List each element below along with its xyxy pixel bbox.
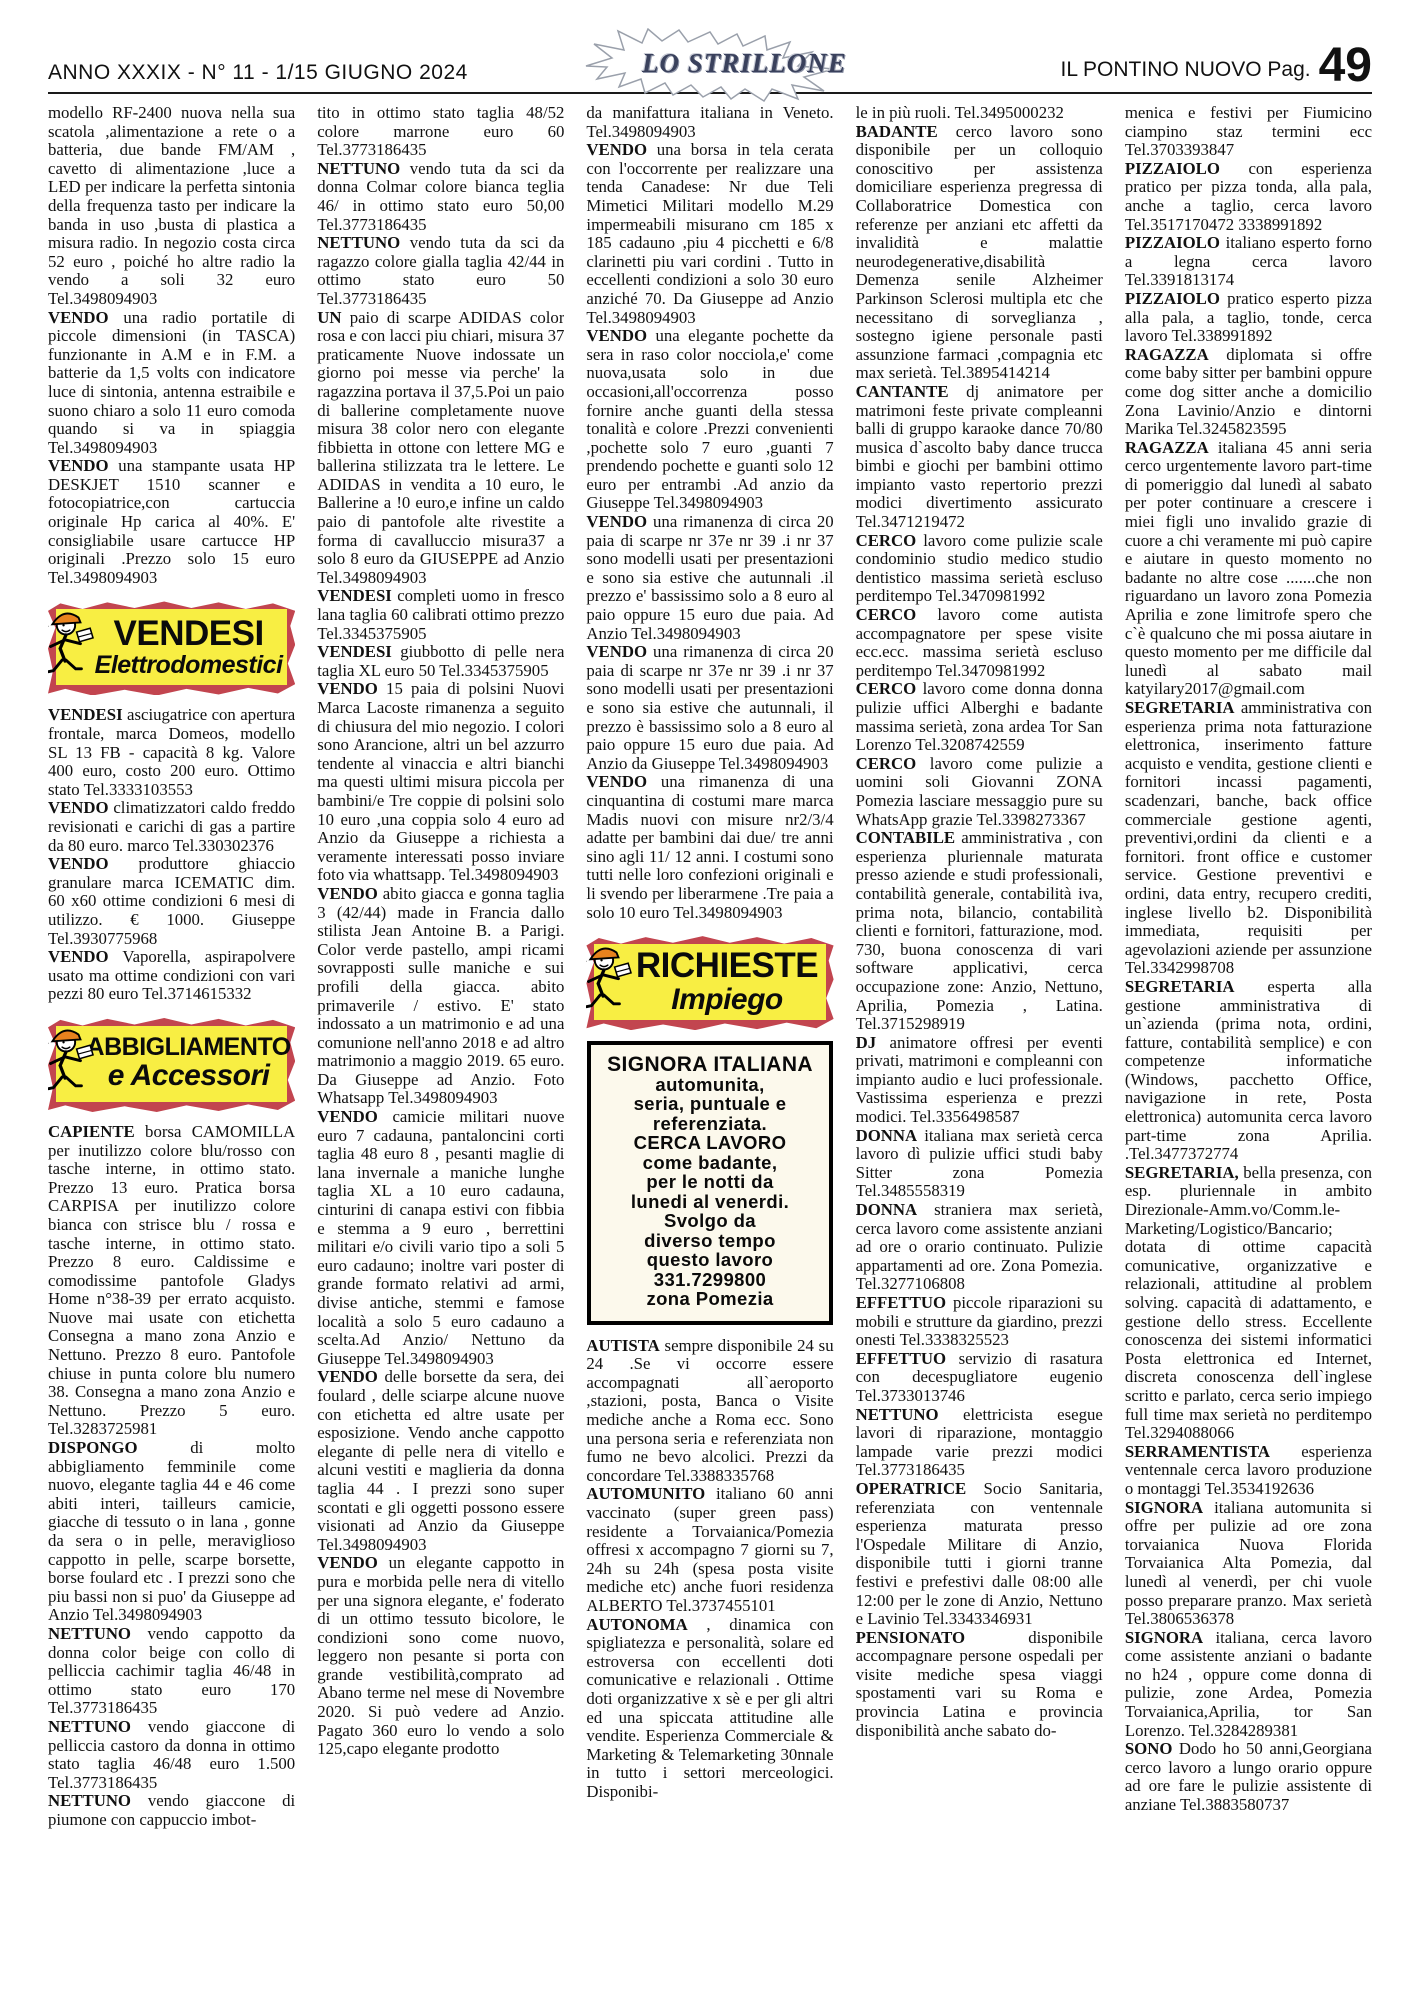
classified-ad: PIZZAIOLO con esperienza pratico per piz…	[1125, 160, 1372, 234]
ad-lead: CONTABILE	[856, 828, 955, 847]
classified-ad: OPERATRICE Socio Sanitaria, referenziata…	[856, 1480, 1103, 1629]
classified-ad: VENDO produttore ghiaccio granulare marc…	[48, 855, 295, 948]
ad-lead: DONNA	[856, 1200, 918, 1219]
ad-lead: NETTUNO	[48, 1717, 131, 1736]
ad-lead: VENDESI	[48, 705, 123, 724]
featured-ad-line: come badante,	[593, 1153, 826, 1173]
classified-ad: AUTONOMA , dinamica con spigliatezza e p…	[586, 1616, 833, 1802]
ad-text: , dinamica con spigliatezza e personalit…	[586, 1615, 833, 1801]
ad-text: italiano 60 anni vaccinato (super green …	[586, 1484, 833, 1615]
classified-ad: VENDESI completi uomo in fresco lana tag…	[317, 587, 564, 643]
banner-title: VENDESI	[90, 616, 287, 652]
ad-lead: VENDESI	[317, 642, 392, 661]
classified-ad: RAGAZZA diplomata si offre come baby sit…	[1125, 346, 1372, 439]
classified-ad: VENDO una rimanenza di una cinquantina d…	[586, 773, 833, 922]
classified-ad: CERCO lavoro come pulizie a uomini soli …	[856, 755, 1103, 829]
classified-ad: NETTUNO vendo tuta da sci da ragazzo col…	[317, 234, 564, 308]
classified-ad: CERCO lavoro come donna donna pulizie uf…	[856, 680, 1103, 754]
classified-ad: VENDO una rimanenza di circa 20 paia di …	[586, 643, 833, 773]
banner-subtitle: Elettrodomestici	[90, 652, 287, 679]
ad-lead: DONNA	[856, 1126, 918, 1145]
ad-lead: PIZZAIOLO	[1125, 289, 1220, 308]
issue-line: ANNO XXXIX - N° 11 - 1/15 GIUGNO 2024	[48, 61, 468, 85]
classified-ad: NETTUNO vendo giaccone di pelliccia cast…	[48, 1718, 295, 1792]
classified-ad: VENDESI asciugatrice con apertura fronta…	[48, 706, 295, 799]
ad-text: sempre disponibile 24 su 24 .Se vi occor…	[586, 1336, 833, 1485]
ad-lead: OPERATRICE	[856, 1479, 967, 1498]
classified-ad: menica e festivi per Fiumicino ciampino …	[1125, 104, 1372, 160]
ad-text: una rimanenza di circa 20 paia di scarpe…	[586, 512, 833, 643]
page-number: 49	[1319, 46, 1372, 85]
ad-text: amministrativa , con esperienza plurienn…	[856, 828, 1103, 1033]
banner-subtitle: Impiego	[628, 984, 825, 1016]
column-3: da manifattura italiana in Veneto. Tel.3…	[586, 104, 833, 1984]
ad-text: una elegante pochette da sera in raso co…	[586, 326, 833, 512]
ad-text: una stampante usata HP DESKJET 1510 scan…	[48, 456, 295, 587]
ad-lead: EFFETTUO	[856, 1349, 946, 1368]
classified-ad: SEGRETARIA, bella presenza, con esp. plu…	[1125, 1164, 1372, 1443]
ad-text: menica e festivi per Fiumicino ciampino …	[1125, 104, 1372, 159]
classifieds-columns: modello RF-2400 nuova nella sua scatola …	[48, 104, 1372, 1984]
ad-text: abito giacca e gonna taglia 3 (42/44) ma…	[317, 884, 564, 1108]
newsboy-mascot-icon	[592, 34, 644, 98]
ad-text: da manifattura italiana in Veneto. Tel.3…	[586, 104, 833, 141]
ad-lead: NETTUNO	[856, 1405, 939, 1424]
ad-text: 15 paia di polsini Nuovi Marca Lacoste r…	[317, 679, 564, 884]
classified-ad: DONNA italiana max serietà cerca lavoro …	[856, 1127, 1103, 1201]
classified-ad: VENDO un elegante cappotto in pura e mor…	[317, 1554, 564, 1759]
featured-ad-line: CERCA LAVORO	[593, 1133, 826, 1153]
classified-ad: CAPIENTE borsa CAMOMILLA per inutilizzo …	[48, 1123, 295, 1439]
ad-lead: RAGAZZA	[1125, 345, 1209, 364]
featured-ad-line: lunedi al venerdi.	[593, 1192, 826, 1212]
classified-ad: VENDO 15 paia di polsini Nuovi Marca Lac…	[317, 680, 564, 885]
ad-lead: PENSIONATO	[856, 1628, 965, 1647]
ad-lead: VENDO	[48, 456, 109, 475]
classified-ad: DJ animatore offresi per eventi privati,…	[856, 1034, 1103, 1127]
classified-ad: NETTUNO vendo tuta da sci da donna Colma…	[317, 160, 564, 234]
ad-lead: CERCO	[856, 605, 917, 624]
ad-text: italiana 45 anni seria cerco urgentement…	[1125, 438, 1372, 699]
newsboy-mascot-icon	[586, 940, 632, 1018]
ad-text: di molto abbigliamento femminile come nu…	[48, 1438, 295, 1624]
classified-ad: VENDO camicie militari nuove euro 7 cada…	[317, 1108, 564, 1368]
column-2: tito in ottimo stato taglia 48/52 colore…	[317, 104, 564, 1984]
classified-ad: AUTOMUNITO italiano 60 anni vaccinato (s…	[586, 1485, 833, 1615]
banner-title: ABBIGLIAMENTO	[87, 1035, 291, 1061]
section-banner: ABBIGLIAMENTOe Accessori	[48, 1018, 295, 1112]
ad-text: una rimanenza di una cinquantina di cost…	[586, 772, 833, 921]
classified-ad: VENDO una rimanenza di circa 20 paia di …	[586, 513, 833, 643]
ad-lead: EFFETTUO	[856, 1293, 946, 1312]
ad-text: esperta alla gestione amministrativa di …	[1125, 977, 1372, 1163]
classified-ad: NETTUNO vendo giaccone di piumone con ca…	[48, 1792, 295, 1829]
ad-lead: VENDO	[48, 308, 109, 327]
ad-lead: BADANTE	[856, 122, 938, 141]
ad-lead: NETTUNO	[48, 1791, 131, 1810]
classified-ad: RAGAZZA italiana 45 anni seria cerco urg…	[1125, 439, 1372, 699]
classified-ad: VENDESI giubbotto di pelle nera taglia X…	[317, 643, 564, 680]
ad-text: paio di scarpe ADIDAS color rosa e con l…	[317, 308, 564, 587]
featured-ad-box: SIGNORA ITALIANAautomunita,seria, puntua…	[587, 1041, 832, 1325]
ad-lead: AUTOMUNITO	[586, 1484, 705, 1503]
ad-lead: PIZZAIOLO	[1125, 233, 1220, 252]
ad-text: un elegante cappotto in pura e morbida p…	[317, 1553, 564, 1758]
classified-ad: EFFETTUO servizio di rasatura con decesp…	[856, 1350, 1103, 1406]
ad-lead: PIZZAIOLO	[1125, 159, 1220, 178]
classified-ad: VENDO abito giacca e gonna taglia 3 (42/…	[317, 885, 564, 1108]
ad-text: una rimanenza di circa 20 paia di scarpe…	[586, 642, 833, 773]
ad-lead: CERCO	[856, 754, 917, 773]
classified-ad: UN paio di scarpe ADIDAS color rosa e co…	[317, 309, 564, 588]
ad-text: cerco lavoro sono disponibile per un col…	[856, 122, 1103, 383]
ad-lead: CERCO	[856, 531, 917, 550]
banner-title: RICHIESTE	[628, 948, 825, 984]
ad-lead: VENDO	[586, 642, 647, 661]
ad-lead: VENDESI	[317, 586, 392, 605]
ad-lead: AUTISTA	[586, 1336, 659, 1355]
ad-lead: SONO	[1125, 1739, 1173, 1758]
masthead-title: IL PONTINO NUOVO Pag.	[1060, 58, 1310, 85]
ad-lead: AUTONOMA	[586, 1615, 687, 1634]
ad-text: borsa CAMOMILLA per inutilizzo colore bl…	[48, 1122, 295, 1439]
classified-ad: SERRAMENTISTA esperienza ventennale cerc…	[1125, 1443, 1372, 1499]
classified-ad: CANTANTE dj animatore per matrimoni fest…	[856, 383, 1103, 532]
classified-ad: CERCO lavoro come autista accompagnatore…	[856, 606, 1103, 680]
ad-lead: DISPONGO	[48, 1438, 138, 1457]
classified-ad: PIZZAIOLO pratico esperto pizza alla pal…	[1125, 290, 1372, 346]
newsboy-mascot-icon	[48, 1022, 94, 1100]
classified-ad: VENDO una radio portatile di piccole dim…	[48, 309, 295, 458]
ad-lead: CAPIENTE	[48, 1122, 135, 1141]
classified-ad: DONNA straniera max serietà, cerca lavor…	[856, 1201, 1103, 1294]
ad-lead: SEGRETARIA,	[1125, 1163, 1239, 1182]
classified-ad: VENDO una stampante usata HP DESKJET 151…	[48, 457, 295, 587]
column-4: le in più ruoli. Tel.3495000232BADANTE c…	[856, 104, 1103, 1984]
ad-text: una radio portatile di piccole dimension…	[48, 308, 295, 457]
ad-text: tito in ottimo stato taglia 48/52 colore…	[317, 104, 564, 159]
ad-lead: SEGRETARIA	[1125, 698, 1235, 717]
classified-ad: SEGRETARIA esperta alla gestione amminis…	[1125, 978, 1372, 1164]
ad-lead: SIGNORA	[1125, 1628, 1203, 1647]
column-5: menica e festivi per Fiumicino ciampino …	[1125, 104, 1372, 1984]
ad-lead: VENDO	[317, 679, 378, 698]
section-banner: RICHIESTEImpiego	[586, 936, 833, 1030]
classified-ad: CERCO lavoro come pulizie scale condomin…	[856, 532, 1103, 606]
ad-text: delle borsette da sera, dei foulard , de…	[317, 1367, 564, 1553]
ad-lead: NETTUNO	[48, 1624, 131, 1643]
classified-ad: VENDO delle borsette da sera, dei foular…	[317, 1368, 564, 1554]
banner-subtitle: e Accessori	[87, 1060, 291, 1092]
classified-ad: BADANTE cerco lavoro sono disponibile pe…	[856, 123, 1103, 383]
classified-ad: SONO Dodo ho 50 anni,Georgiana cerco lav…	[1125, 1740, 1372, 1814]
ad-text: modello RF-2400 nuova nella sua scatola …	[48, 104, 295, 308]
classified-ad: SIGNORA italiana automunita si offre per…	[1125, 1499, 1372, 1629]
classified-ad: EFFETTUO piccole riparazioni su mobili e…	[856, 1294, 1103, 1350]
ad-lead: CANTANTE	[856, 382, 949, 401]
ad-lead: VENDO	[317, 1107, 378, 1126]
classified-ad: da manifattura italiana in Veneto. Tel.3…	[586, 104, 833, 141]
classified-ad: VENDO climatizzatori caldo freddo revisi…	[48, 799, 295, 855]
classified-ad: AUTISTA sempre disponibile 24 su 24 .Se …	[586, 1337, 833, 1486]
ad-lead: CERCO	[856, 679, 917, 698]
ad-lead: VENDO	[586, 512, 647, 531]
classified-ad: PENSIONATO disponibile accompagnare pers…	[856, 1629, 1103, 1741]
logo-title: LO STRILLONE	[642, 48, 847, 79]
classified-ad: tito in ottimo stato taglia 48/52 colore…	[317, 104, 564, 160]
ad-lead: SIGNORA	[1125, 1498, 1203, 1517]
ad-text: una borsa in tela cerata con l'occorrent…	[586, 140, 833, 326]
ad-lead: VENDO	[317, 1367, 378, 1386]
ad-lead: VENDO	[317, 1553, 378, 1572]
newsboy-mascot-icon	[48, 605, 94, 683]
classified-ad: VENDO una borsa in tela cerata con l'occ…	[586, 141, 833, 327]
classified-ad: modello RF-2400 nuova nella sua scatola …	[48, 104, 295, 309]
ad-lead: VENDO	[586, 140, 647, 159]
ad-lead: VENDO	[317, 884, 378, 903]
ad-text: amministrativa con esperienza prima nota…	[1125, 698, 1372, 977]
featured-ad-line: per le notti da	[593, 1172, 826, 1192]
featured-ad-line: diverso tempo	[593, 1231, 826, 1251]
featured-ad-line: zona Pomezia	[593, 1289, 826, 1309]
featured-ad-line: referenziata.	[593, 1114, 826, 1134]
lo-strillone-logo: LO STRILLONE	[582, 28, 838, 102]
column-1: modello RF-2400 nuova nella sua scatola …	[48, 104, 295, 1984]
classified-ad: VENDO una elegante pochette da sera in r…	[586, 327, 833, 513]
ad-lead: VENDO	[48, 798, 109, 817]
classified-ad: NETTUNO vendo cappotto da donna color be…	[48, 1625, 295, 1718]
classified-ad: SIGNORA italiana, cerca lavoro come assi…	[1125, 1629, 1372, 1741]
newspaper-page: ANNO XXXIX - N° 11 - 1/15 GIUGNO 2024 IL…	[0, 0, 1420, 2000]
featured-ad-line: Svolgo da	[593, 1211, 826, 1231]
masthead-group: IL PONTINO NUOVO Pag. 49	[1060, 46, 1372, 85]
ad-lead: SEGRETARIA	[1125, 977, 1235, 996]
ad-lead: DJ	[856, 1033, 877, 1052]
section-banner: VENDESIElettrodomestici	[48, 601, 295, 695]
classified-ad: CONTABILE amministrativa , con esperienz…	[856, 829, 1103, 1034]
ad-lead: NETTUNO	[317, 233, 400, 252]
featured-ad-line: SIGNORA ITALIANA	[593, 1055, 826, 1075]
classified-ad: NETTUNO elettricista esegue lavori di ri…	[856, 1406, 1103, 1480]
featured-ad-line: 331.7299800	[593, 1270, 826, 1290]
featured-ad-line: seria, puntuale e	[593, 1094, 826, 1114]
ad-lead: UN	[317, 308, 341, 327]
ad-lead: VENDO	[586, 326, 647, 345]
ad-text: Socio Sanitaria, referenziata con venten…	[856, 1479, 1103, 1628]
ad-lead: VENDO	[48, 854, 109, 873]
ad-lead: VENDO	[48, 947, 109, 966]
ad-text: dj animatore per matrimoni feste private…	[856, 382, 1103, 531]
ad-lead: SERRAMENTISTA	[1125, 1442, 1270, 1461]
classified-ad: PIZZAIOLO italiano esperto forno a legna…	[1125, 234, 1372, 290]
classified-ad: le in più ruoli. Tel.3495000232	[856, 104, 1103, 123]
ad-text: italiana automunita si offre per pulizie…	[1125, 1498, 1372, 1629]
featured-ad-line: questo lavoro	[593, 1250, 826, 1270]
ad-text: animatore offresi per eventi privati, ma…	[856, 1033, 1103, 1126]
classified-ad: DISPONGO di molto abbigliamento femminil…	[48, 1439, 295, 1625]
ad-text: le in più ruoli. Tel.3495000232	[856, 104, 1064, 122]
featured-ad-line: automunita,	[593, 1075, 826, 1095]
classified-ad: SEGRETARIA amministrativa con esperienza…	[1125, 699, 1372, 978]
ad-text: bella presenza, con esp. pluriennale in …	[1125, 1163, 1372, 1442]
ad-lead: NETTUNO	[317, 159, 400, 178]
ad-lead: RAGAZZA	[1125, 438, 1209, 457]
ad-text: camicie militari nuove euro 7 cadauna, p…	[317, 1107, 564, 1368]
ad-lead: VENDO	[586, 772, 647, 791]
classified-ad: VENDO Vaporella, aspirapolvere usato ma …	[48, 948, 295, 1004]
